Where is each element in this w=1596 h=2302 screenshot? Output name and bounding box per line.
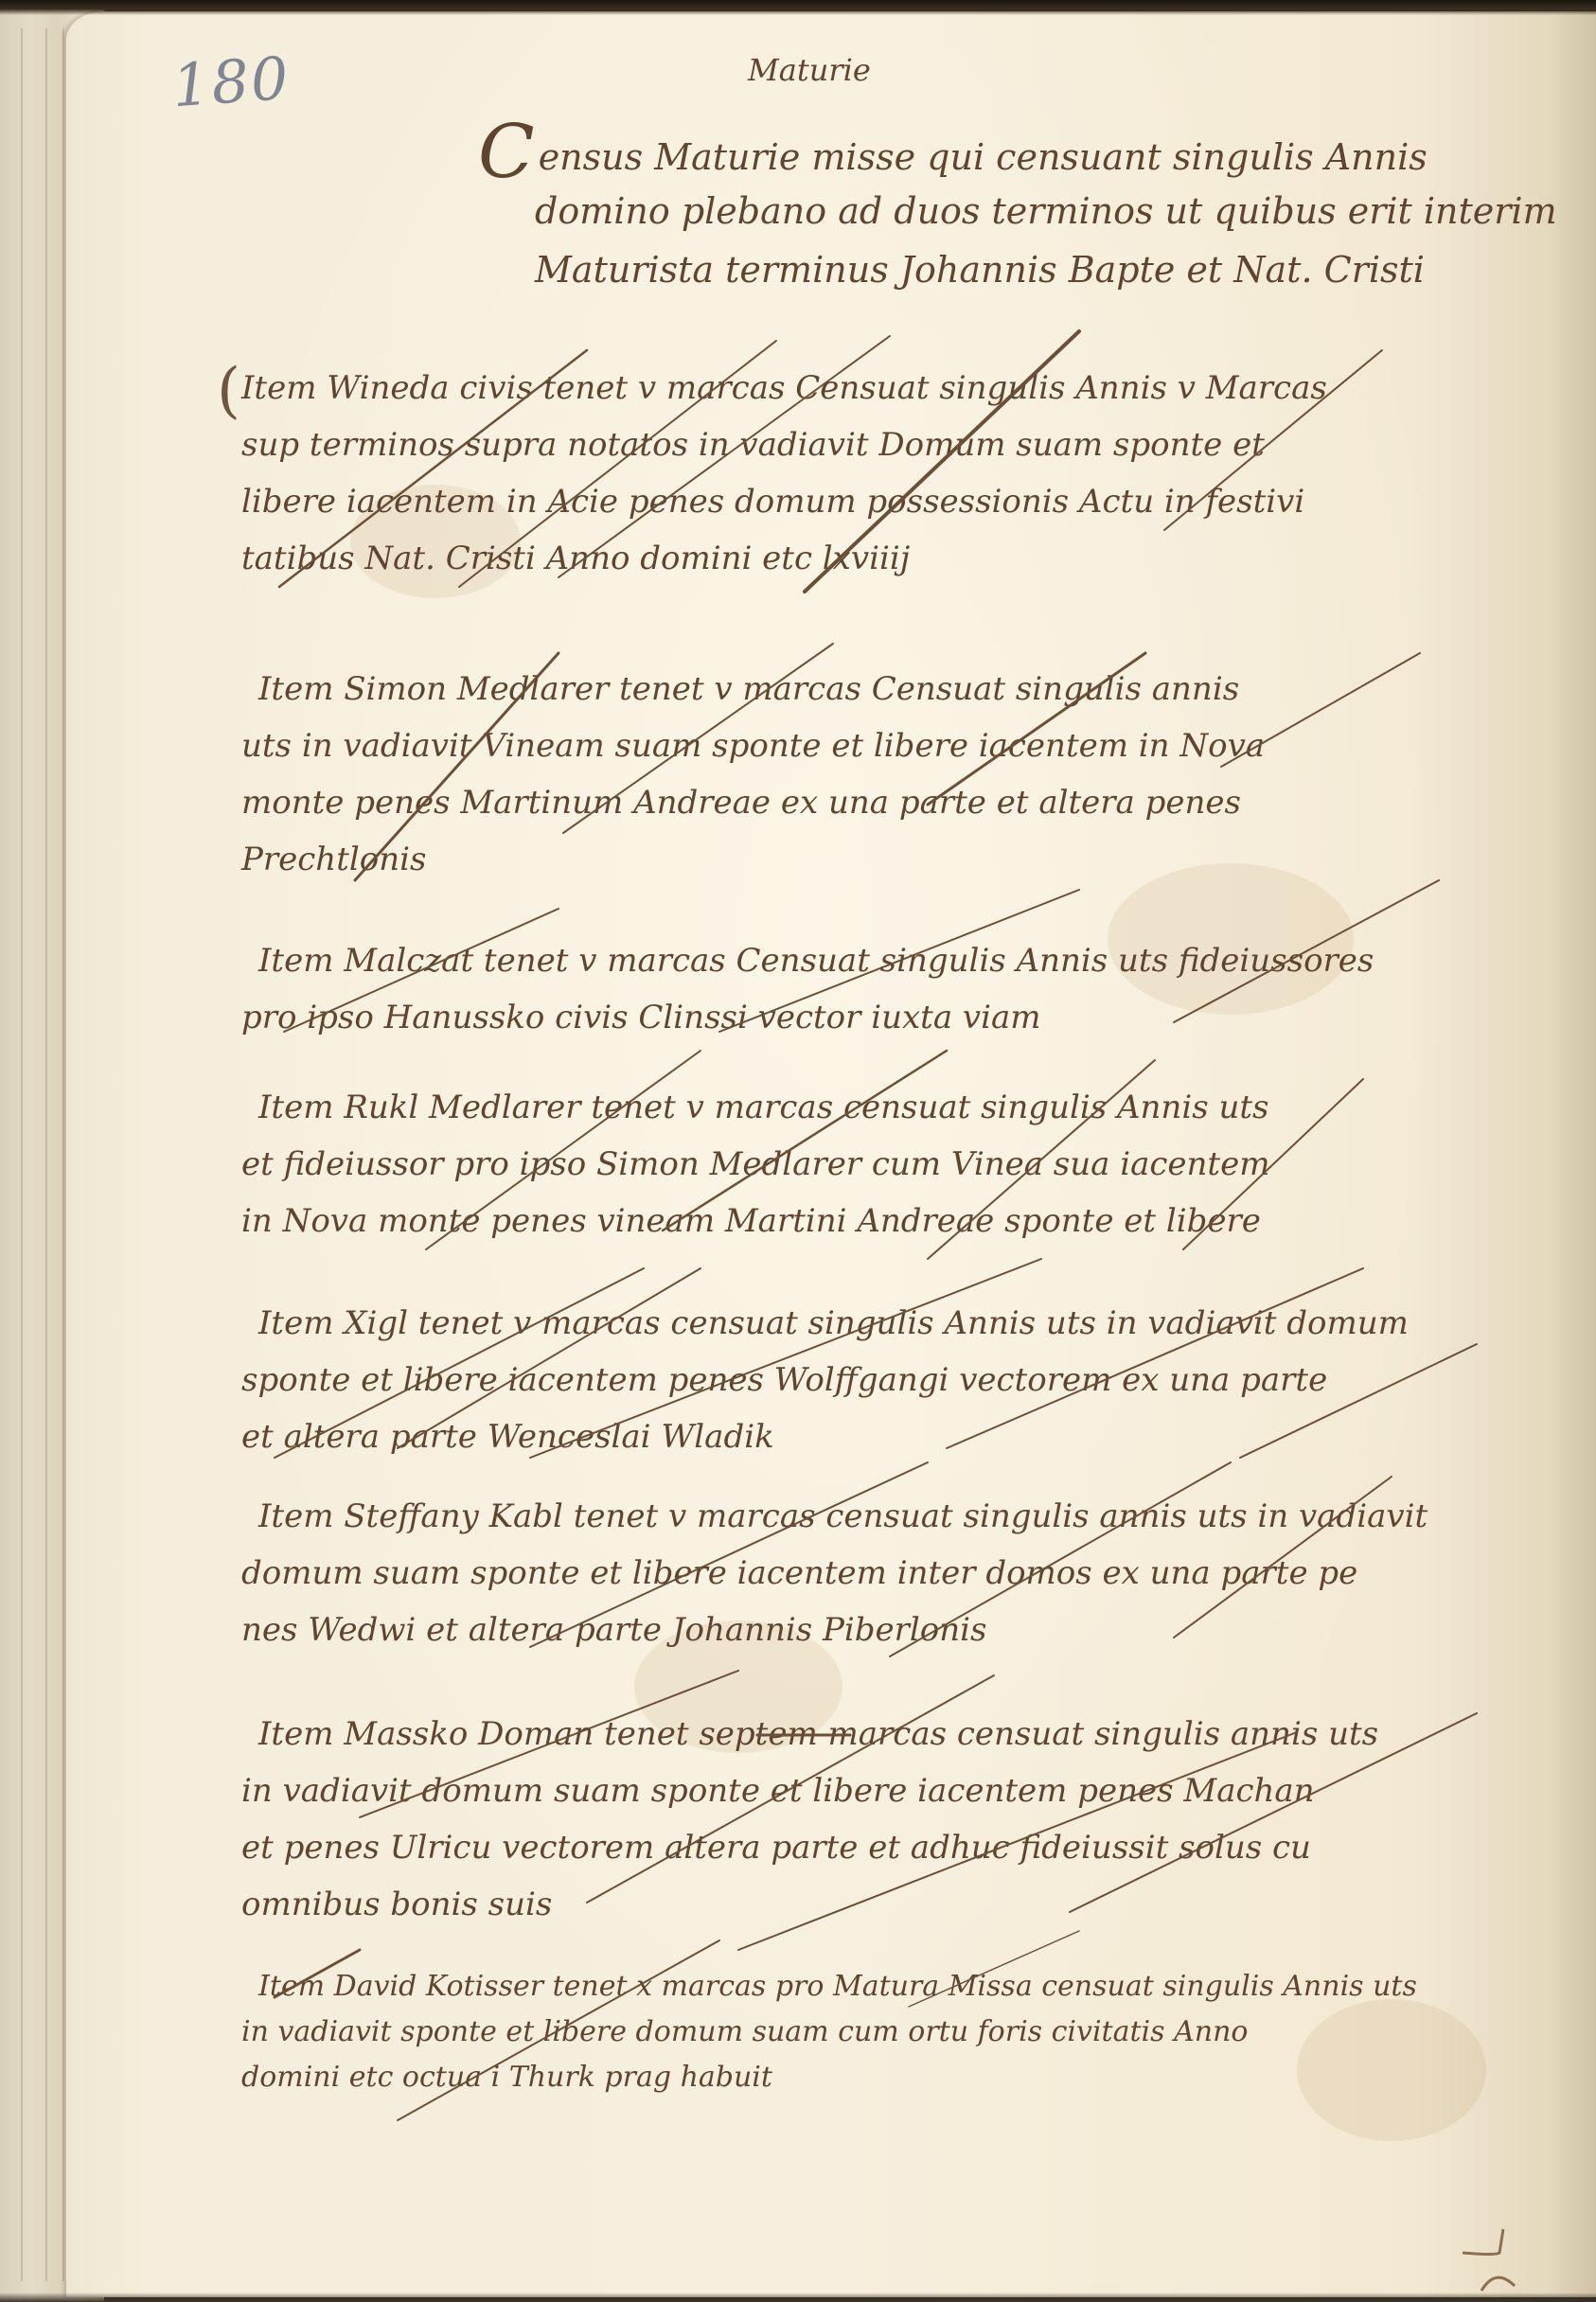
entry-line: libere iacentem in Acie penes domum poss… [241, 473, 1500, 530]
entry-line: sponte et libere iacentem penes Wolffgan… [241, 1352, 1500, 1408]
dropcap: C [478, 110, 535, 195]
entry-line: monte penes Martinum Andreae ex una part… [241, 774, 1500, 831]
page-edge [21, 28, 23, 2281]
entry-line: Item Simon Medlarer tenet v marcas Censu… [241, 661, 1500, 717]
entry-line: et fideiussor pro ipso Simon Medlarer cu… [241, 1136, 1500, 1193]
entry-line: Item Rukl Medlarer tenet v marcas censua… [241, 1079, 1500, 1136]
entry-line: Item Steffany Kabl tenet v marcas censua… [241, 1488, 1500, 1545]
intro-paragraph: Census Maturie misse qui censuant singul… [478, 123, 1472, 299]
census-entry-2: Item Simon Medlarer tenet v marcas Censu… [241, 661, 1500, 888]
intro-line: Maturista terminus Johannis Bapte et Nat… [478, 240, 1472, 299]
entry-line: tatibus Nat. Cristi Anno domini etc lxvi… [241, 530, 1500, 587]
entry-line: uts in vadiavit Vineam suam sponte et li… [241, 717, 1500, 774]
entry-line: in vadiavit sponte et libere domum suam … [241, 2010, 1500, 2055]
entry-line: omnibus bonis suis [241, 1876, 1500, 1933]
entry-line: sup terminos supra notatos in vadiavit D… [241, 416, 1500, 473]
entry-line: Item David Kotisser tenet x marcas pro M… [241, 1964, 1500, 2010]
census-entry-5: Item Xigl tenet v marcas censuat singuli… [241, 1295, 1500, 1465]
entry-line: et penes Ulricu vectorem altera parte et… [241, 1819, 1500, 1876]
folio-number: 180 [170, 44, 293, 120]
entry-line: Item Massko Doman tenet septem marcas ce… [241, 1706, 1500, 1762]
entry-line: in vadiavit domum suam sponte et libere … [241, 1762, 1500, 1819]
entry-line: in Nova monte penes vineam Martini Andre… [241, 1193, 1500, 1249]
manuscript-scan: 180 Maturie Census Maturie misse qui cen… [0, 0, 1596, 2302]
entry-line: et altera parte Wenceslai Wladik [241, 1408, 1500, 1465]
page-edge [45, 28, 47, 2281]
census-entry-6: Item Steffany Kabl tenet v marcas censua… [241, 1488, 1500, 1658]
entry-line: Item Wineda civis tenet v marcas Censuat… [241, 360, 1500, 416]
census-entry-7: Item Massko Doman tenet septem marcas ce… [241, 1706, 1500, 1933]
intro-line: domino plebano ad duos terminos ut quibu… [478, 182, 1472, 240]
intro-line-text: ensus Maturie misse qui censuant singuli… [539, 136, 1428, 178]
census-entry-3: Item Malczat tenet v marcas Censuat sing… [241, 932, 1500, 1046]
top-binding-shadow [0, 0, 1596, 15]
entry-line: Item Xigl tenet v marcas censuat singuli… [241, 1295, 1500, 1352]
intro-line: Census Maturie misse qui censuant singul… [478, 123, 1472, 182]
census-entry-8: Item David Kotisser tenet x marcas pro M… [241, 1964, 1500, 2100]
entry-line: nes Wedwi et altera parte Johannis Piber… [241, 1602, 1500, 1658]
page-edge [62, 28, 64, 2281]
entry-line: Item Malczat tenet v marcas Censuat sing… [241, 932, 1500, 989]
census-entry-4: Item Rukl Medlarer tenet v marcas censua… [241, 1079, 1500, 1249]
census-entry-1: ( Item Wineda civis tenet v marcas Censu… [241, 360, 1500, 587]
page-heading: Maturie [748, 52, 871, 88]
entry-line: domum suam sponte et libere iacentem int… [241, 1545, 1500, 1602]
entry-line: Prechtlonis [241, 831, 1500, 888]
bracket-mark: ( [217, 356, 240, 426]
entry-line: pro ipso Hanussko civis Clinssi vector i… [241, 989, 1500, 1046]
entry-line: domini etc octua i Thurk prag habuit [241, 2055, 1500, 2100]
bottom-edge-shadow [0, 2293, 1596, 2302]
